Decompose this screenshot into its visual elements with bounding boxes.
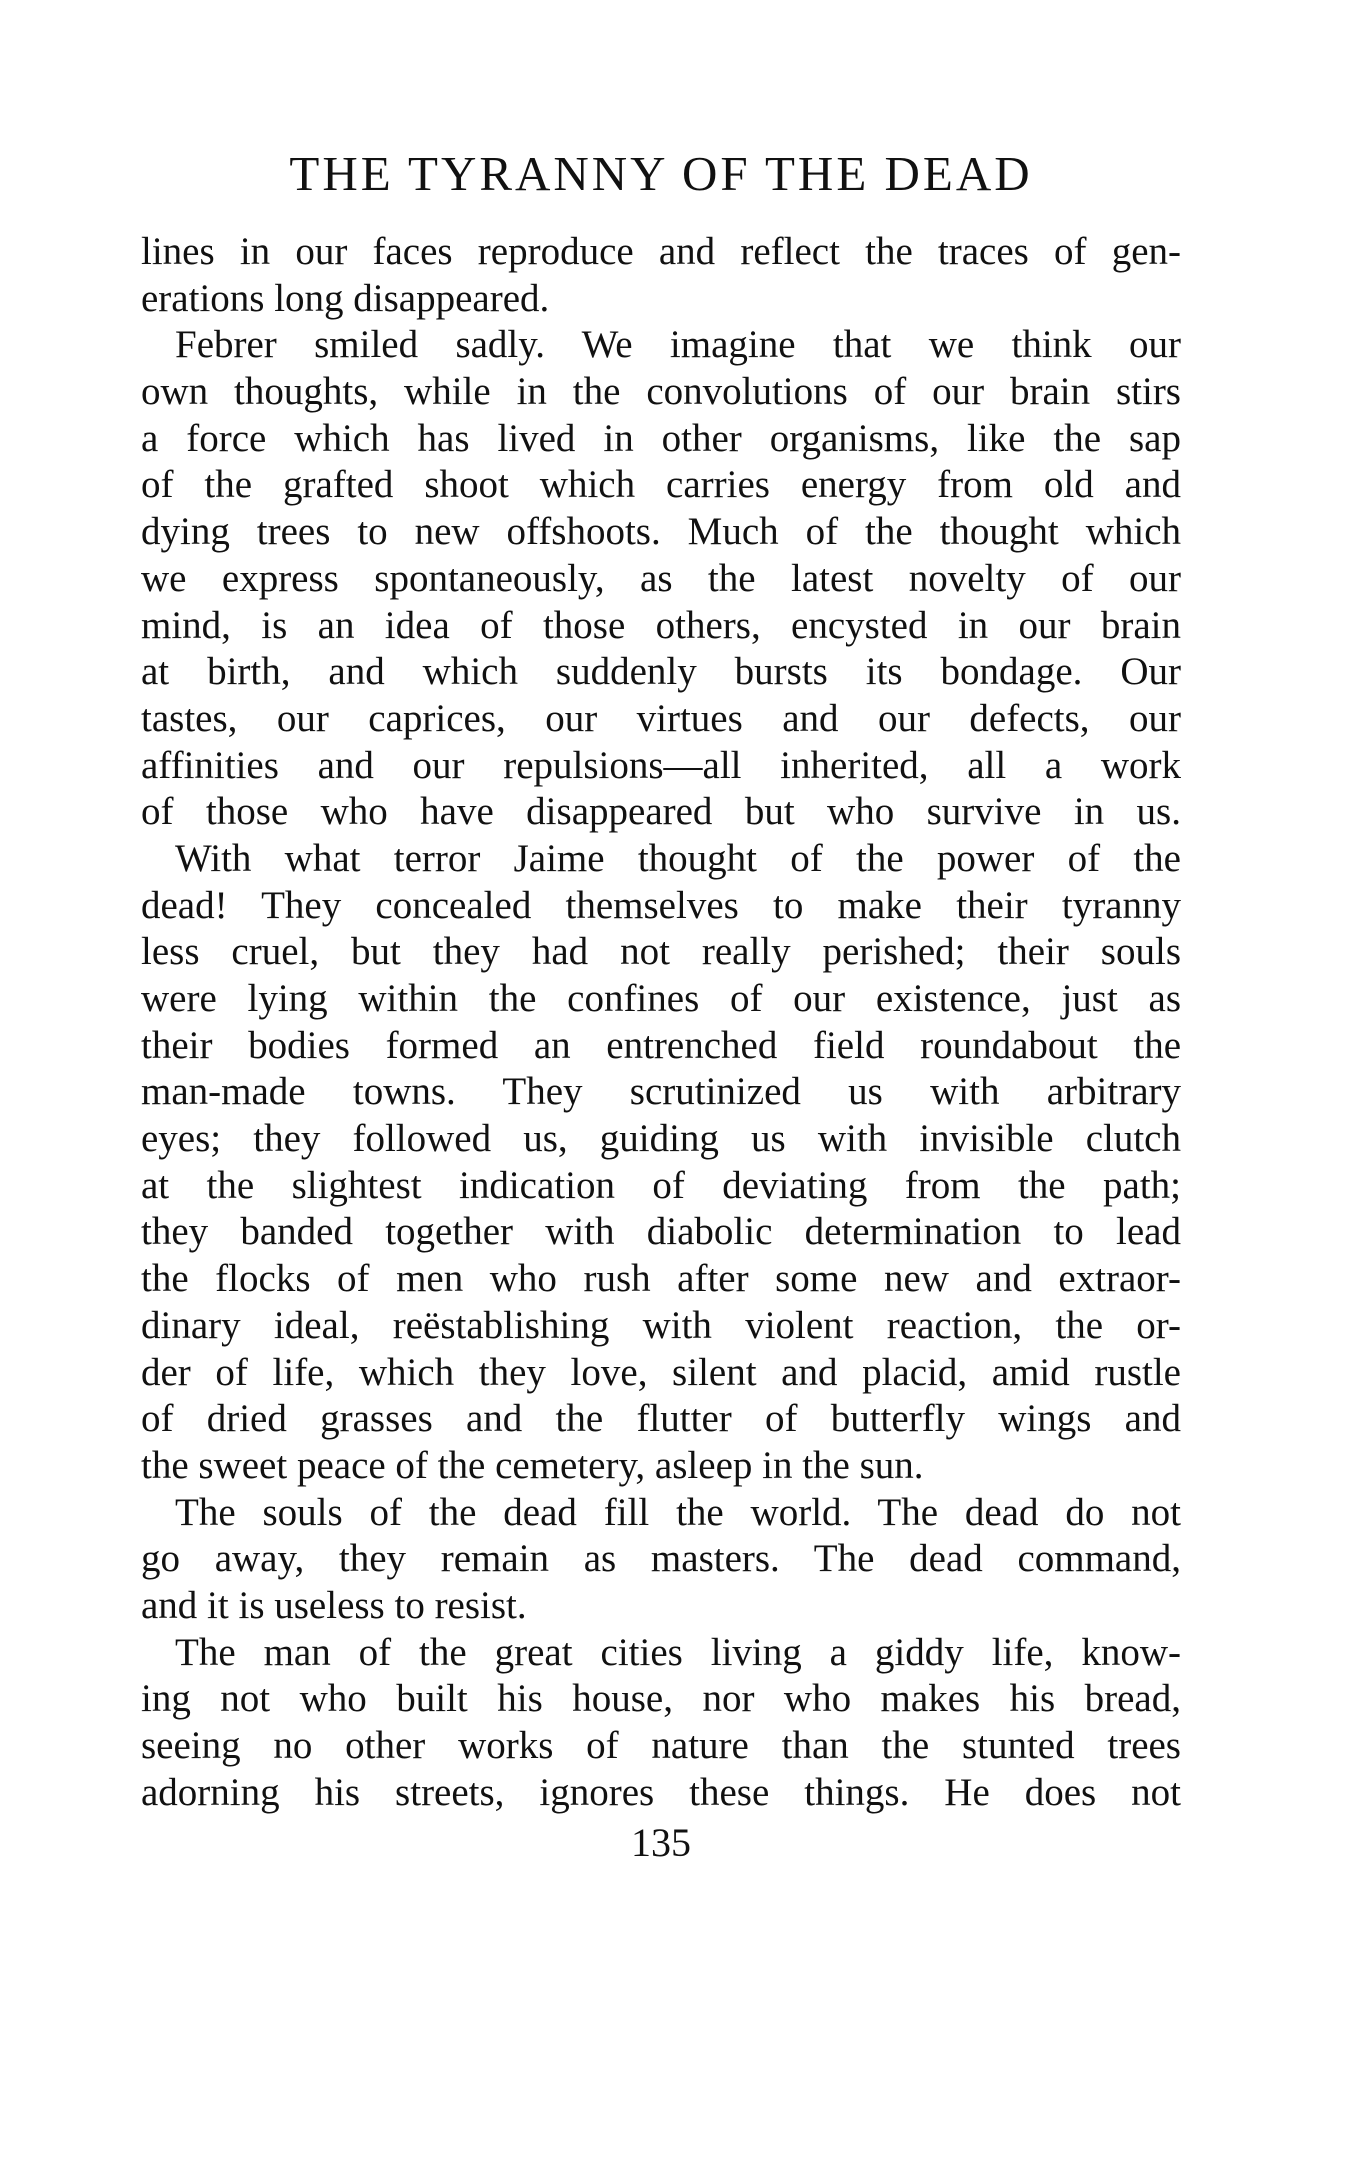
text-line: The man of the great cities living a gid… xyxy=(141,1630,1181,1677)
text-line: dinary ideal, reëstablishing with violen… xyxy=(141,1303,1181,1350)
text-line: we express spontaneously, as the latest … xyxy=(141,556,1181,603)
text-line: The souls of the dead fill the world. Th… xyxy=(141,1490,1181,1537)
text-line: a force which has lived in other organis… xyxy=(141,416,1181,463)
text-line: they banded together with diabolic deter… xyxy=(141,1209,1181,1256)
text-line: the flocks of men who rush after some ne… xyxy=(141,1256,1181,1303)
text-line: der of life, which they love, silent and… xyxy=(141,1350,1181,1397)
text-line: eyes; they followed us, guiding us with … xyxy=(141,1116,1181,1163)
text-line: dead! They concealed themselves to make … xyxy=(141,883,1181,930)
text-line: seeing no other works of nature than the… xyxy=(141,1723,1181,1770)
text-line: of dried grasses and the flutter of butt… xyxy=(141,1396,1181,1443)
text-line: mind, is an idea of those others, encyst… xyxy=(141,603,1181,650)
text-line: adorning his streets, ignores these thin… xyxy=(141,1770,1181,1817)
running-head: THE TYRANNY OF THE DEAD xyxy=(141,146,1181,202)
text-line: less cruel, but they had not really peri… xyxy=(141,929,1181,976)
text-line: their bodies formed an entrenched field … xyxy=(141,1023,1181,1070)
text-line: ing not who built his house, nor who mak… xyxy=(141,1676,1181,1723)
text-line: of the grafted shoot which carries energ… xyxy=(141,462,1181,509)
text-line: of those who have disappeared but who su… xyxy=(141,789,1181,836)
text-line: dying trees to new offshoots. Much of th… xyxy=(141,509,1181,556)
text-line: the sweet peace of the cemetery, asleep … xyxy=(141,1443,1181,1490)
text-line: tastes, our caprices, our virtues and ou… xyxy=(141,696,1181,743)
text-line: affinities and our repulsions—all inheri… xyxy=(141,743,1181,790)
text-line: own thoughts, while in the convolutions … xyxy=(141,369,1181,416)
book-page: THE TYRANNY OF THE DEAD lines in our fac… xyxy=(0,0,1366,2160)
text-line: man-made towns. They scrutinized us with… xyxy=(141,1069,1181,1116)
text-line: Febrer smiled sadly. We imagine that we … xyxy=(141,322,1181,369)
text-line: at the slightest indication of deviating… xyxy=(141,1163,1181,1210)
page-number: 135 xyxy=(141,1820,1181,1866)
text-line: erations long disappeared. xyxy=(141,276,1181,323)
text-line: and it is useless to resist. xyxy=(141,1583,1181,1630)
text-line: lines in our faces reproduce and reflect… xyxy=(141,229,1181,276)
body-text: lines in our faces reproduce and reflect… xyxy=(141,229,1181,1816)
text-line: were lying within the confines of our ex… xyxy=(141,976,1181,1023)
text-line: go away, they remain as masters. The dea… xyxy=(141,1536,1181,1583)
text-line: With what terror Jaime thought of the po… xyxy=(141,836,1181,883)
text-line: at birth, and which suddenly bursts its … xyxy=(141,649,1181,696)
